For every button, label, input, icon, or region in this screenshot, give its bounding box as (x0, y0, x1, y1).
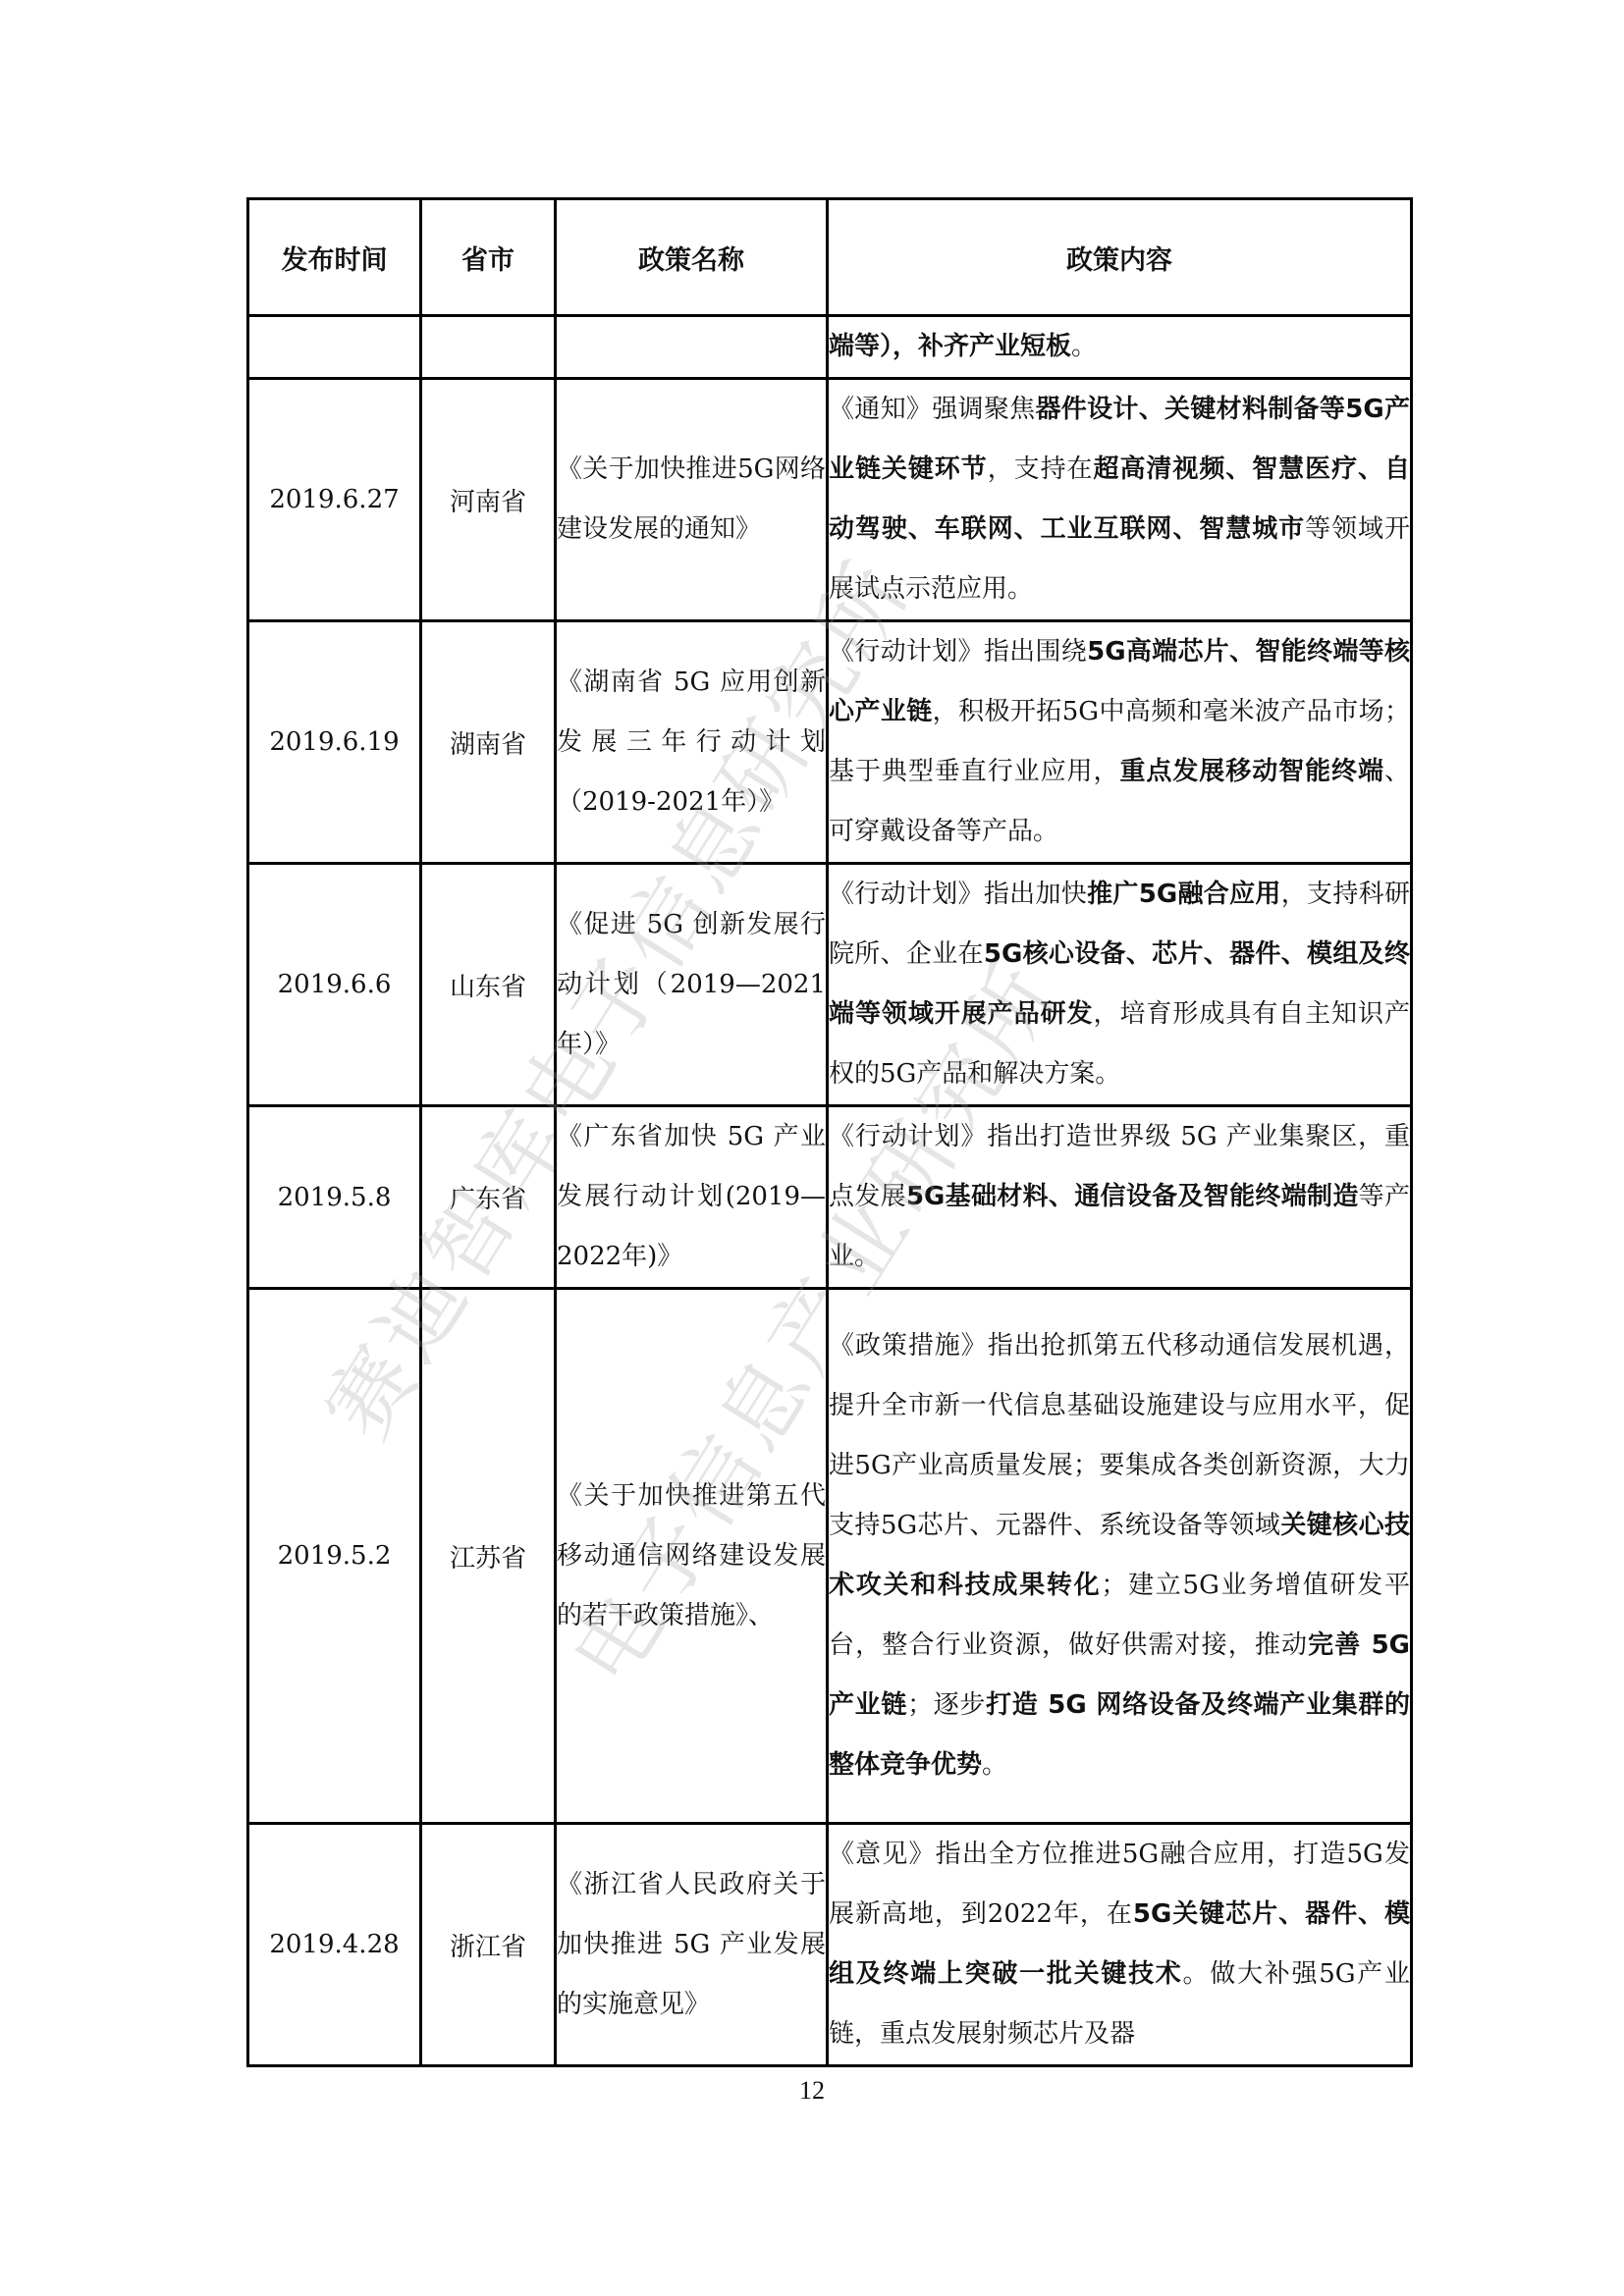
cell-policy-content: 端等），补齐产业短板。 (828, 316, 1412, 379)
content-text: 《通知》强调聚焦 (829, 395, 1036, 424)
cell-policy-name: 《湖南省 5G 应用创新发展三年行动计划（2019-2021年）》 (556, 621, 828, 864)
content-text: 。 (982, 1750, 1007, 1780)
header-policy-name: 政策名称 (556, 199, 828, 316)
cell-date: 2019.5.8 (248, 1106, 421, 1289)
content-bold: 5G基础材料、通信设备及智能终端制造 (906, 1182, 1359, 1211)
content-text: ，支持在 (988, 454, 1094, 484)
table-row: 2019.6.27 河南省 《关于加快推进5G网络建设发展的通知》 《通知》强调… (248, 379, 1412, 621)
cell-policy-content: 《意见》指出全方位推进5G融合应用，打造5G发展新高地，到2022年，在5G关键… (828, 1824, 1412, 2066)
cell-date: 2019.5.2 (248, 1289, 421, 1824)
cell-policy-name: 《广东省加快 5G 产业发展行动计划(2019—2022年)》 (556, 1106, 828, 1289)
cell-policy-content: 《政策措施》指出抢抓第五代移动通信发展机遇，提升全市新一代信息基础设施建设与应用… (828, 1289, 1412, 1824)
table-row: 2019.6.19 湖南省 《湖南省 5G 应用创新发展三年行动计划（2019-… (248, 621, 1412, 864)
content-bold: 推广5G融合应用 (1087, 880, 1281, 909)
header-province: 省市 (421, 199, 556, 316)
table-header-row: 发布时间 省市 政策名称 政策内容 (248, 199, 1412, 316)
content-text: 《行动计划》指出加快 (829, 880, 1087, 909)
cell-province: 河南省 (421, 379, 556, 621)
cell-date: 2019.4.28 (248, 1824, 421, 2066)
table-row: 2019.4.28 浙江省 《浙江省人民政府关于加快推进 5G 产业发展的实施意… (248, 1824, 1412, 2066)
cell-province: 江苏省 (421, 1289, 556, 1824)
table-row: 2019.5.2 江苏省 《关于加快推进第五代移动通信网络建设发展的若干政策措施… (248, 1289, 1412, 1824)
cell-date: 2019.6.6 (248, 864, 421, 1106)
content-bold: 重点发展移动智能终端 (1119, 757, 1384, 786)
cell-province: 山东省 (421, 864, 556, 1106)
page-number: 12 (0, 2076, 1624, 2106)
cell-policy-name: 《浙江省人民政府关于加快推进 5G 产业发展的实施意见》 (556, 1824, 828, 2066)
cell-province: 湖南省 (421, 621, 556, 864)
header-date: 发布时间 (248, 199, 421, 316)
content-text: ；逐步 (907, 1690, 986, 1720)
content-text: 《政策措施》指出抢抓第五代移动通信发展机遇，提升全市新一代信息基础设施建设与应用… (829, 1331, 1410, 1540)
cell-province (421, 316, 556, 379)
table-row-continuation: 端等），补齐产业短板。 (248, 316, 1412, 379)
content-bold: 端等），补齐产业短板 (829, 332, 1071, 361)
cell-policy-name: 《关于加快推进5G网络建设发展的通知》 (556, 379, 828, 621)
cell-date: 2019.6.19 (248, 621, 421, 864)
cell-policy-content: 《通知》强调聚焦器件设计、关键材料制备等5G产业链关键环节，支持在超高清视频、智… (828, 379, 1412, 621)
table-row: 2019.5.8 广东省 《广东省加快 5G 产业发展行动计划(2019—202… (248, 1106, 1412, 1289)
cell-policy-content: 《行动计划》指出打造世界级 5G 产业集聚区，重点发展5G基础材料、通信设备及智… (828, 1106, 1412, 1289)
table-row: 2019.6.6 山东省 《促进 5G 创新发展行动计划（2019—2021年）… (248, 864, 1412, 1106)
cell-policy-name: 《促进 5G 创新发展行动计划（2019—2021年）》 (556, 864, 828, 1106)
cell-province: 广东省 (421, 1106, 556, 1289)
policy-table: 发布时间 省市 政策名称 政策内容 端等），补齐产业短板。 2019.6.27 … (246, 197, 1413, 2067)
content-text: 《行动计划》指出围绕 (829, 637, 1087, 667)
cell-policy-content: 《行动计划》指出加快推广5G融合应用，支持科研院所、企业在5G核心设备、芯片、器… (828, 864, 1412, 1106)
cell-policy-name (556, 316, 828, 379)
header-policy-content: 政策内容 (828, 199, 1412, 316)
cell-province: 浙江省 (421, 1824, 556, 2066)
cell-policy-name: 《关于加快推进第五代移动通信网络建设发展的若干政策措施》、 (556, 1289, 828, 1824)
cell-policy-content: 《行动计划》指出围绕5G高端芯片、智能终端等核心产业链，积极开拓5G中高频和毫米… (828, 621, 1412, 864)
content-text: 。 (1071, 332, 1097, 361)
cell-date: 2019.6.27 (248, 379, 421, 621)
document-page: 赛迪智库电子信息研究所 电子信息产业研究所 发布时间 省市 政策名称 政策内容 … (0, 0, 1624, 2296)
cell-date (248, 316, 421, 379)
